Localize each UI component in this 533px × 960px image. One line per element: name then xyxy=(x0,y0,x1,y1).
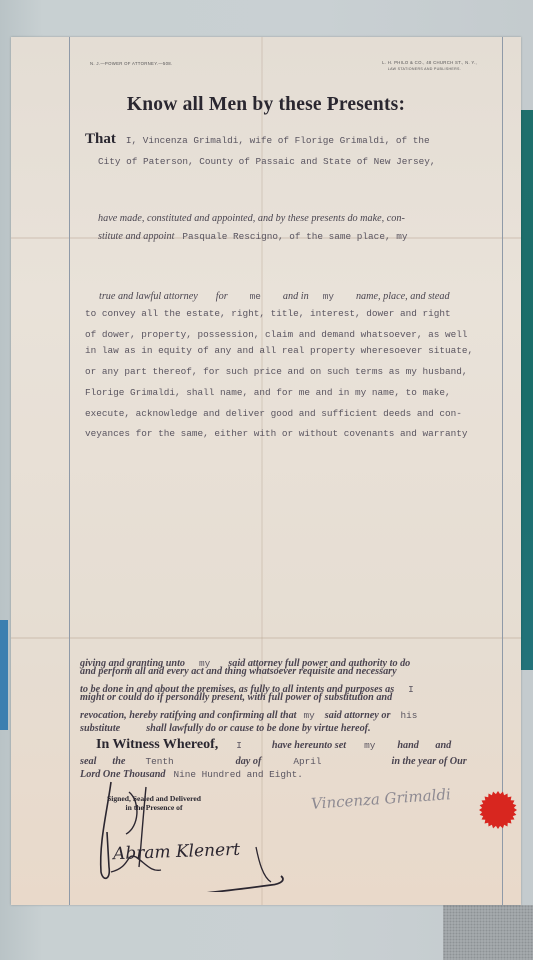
publisher-line-2: LAW STATIONERS AND PUBLISHERS. xyxy=(388,67,461,71)
witness-signature-strokes xyxy=(81,772,311,892)
attorney-text: for xyxy=(216,291,228,302)
attorney-name: Pasquale Rescigno, of the same place, my xyxy=(182,231,407,242)
form-number: N. J.—POWER OF ATTORNEY.—508. xyxy=(90,61,172,66)
granting-typed: I xyxy=(408,684,414,695)
document-title: Know all Men by these Presents: xyxy=(11,94,521,116)
witness-typed: my xyxy=(364,740,375,751)
background-mesh xyxy=(443,905,533,960)
principal-signature: Vincenza Grimaldi xyxy=(311,785,452,813)
body-line: veyances for the same, either with or wi… xyxy=(85,428,468,439)
attorney-text: and in xyxy=(283,291,309,302)
granting-text: shall lawfully do or cause to be done by… xyxy=(146,723,370,734)
granting-line-4: might or could do if personally present,… xyxy=(80,692,392,703)
witness-typed: I xyxy=(236,740,242,751)
granting-typed: his xyxy=(400,710,417,721)
granting-text: substitute xyxy=(80,723,120,734)
appoint-line-2: stitute and appoint Pasquale Rescigno, o… xyxy=(98,226,407,244)
body-line: to convey all the estate, right, title, … xyxy=(85,308,451,319)
grantor-line-1: That I, Vincenza Grimaldi, wife of Flori… xyxy=(85,130,430,148)
witness-text: in the year of Our xyxy=(391,756,466,767)
witness-text: hand and xyxy=(397,740,451,751)
attorney-text: true and lawful attorney xyxy=(99,291,198,302)
body-line: or any part thereof, for such price and … xyxy=(85,366,468,377)
body-line: Florige Grimaldi, shall name, and for me… xyxy=(85,387,451,398)
attorney-typed: my xyxy=(323,291,334,302)
granting-line-2: and perform all and every act and thing … xyxy=(80,666,397,677)
grantor-line-2: City of Paterson, County of Passaic and … xyxy=(98,156,436,167)
body-line: in law as in equity of any and all real … xyxy=(85,345,473,356)
wax-seal-icon xyxy=(478,790,518,830)
attorney-typed: me xyxy=(250,291,261,302)
background-cloth-blue xyxy=(0,620,8,730)
power-of-attorney-document: N. J.—POWER OF ATTORNEY.—508. L. H. PHIL… xyxy=(11,37,521,905)
witness-text: have hereunto set xyxy=(272,740,346,751)
fold-crease xyxy=(11,637,521,639)
right-margin-rule xyxy=(502,37,503,905)
attorney-line: true and lawful attorney for me and in m… xyxy=(99,286,450,304)
body-line: of dower, property, possession, claim an… xyxy=(85,329,468,340)
appoint-line-1: have made, constituted and appointed, an… xyxy=(98,213,405,224)
left-margin-rule xyxy=(69,37,70,905)
publisher-line-1: L. H. PHILO & CO., 48 CHURCH ST., N. Y., xyxy=(382,60,477,65)
attorney-text: name, place, and stead xyxy=(356,291,450,302)
witness-heading: In Witness Whereof, xyxy=(96,737,218,752)
that-word: That xyxy=(85,131,116,147)
granting-line-6: substitute shall lawfully do or cause to… xyxy=(80,718,371,736)
appoint-prefix: stitute and appoint xyxy=(98,231,174,242)
grantor-text: I, Vincenza Grimaldi, wife of Florige Gr… xyxy=(126,135,430,146)
body-line: execute, acknowledge and deliver good an… xyxy=(85,408,462,419)
